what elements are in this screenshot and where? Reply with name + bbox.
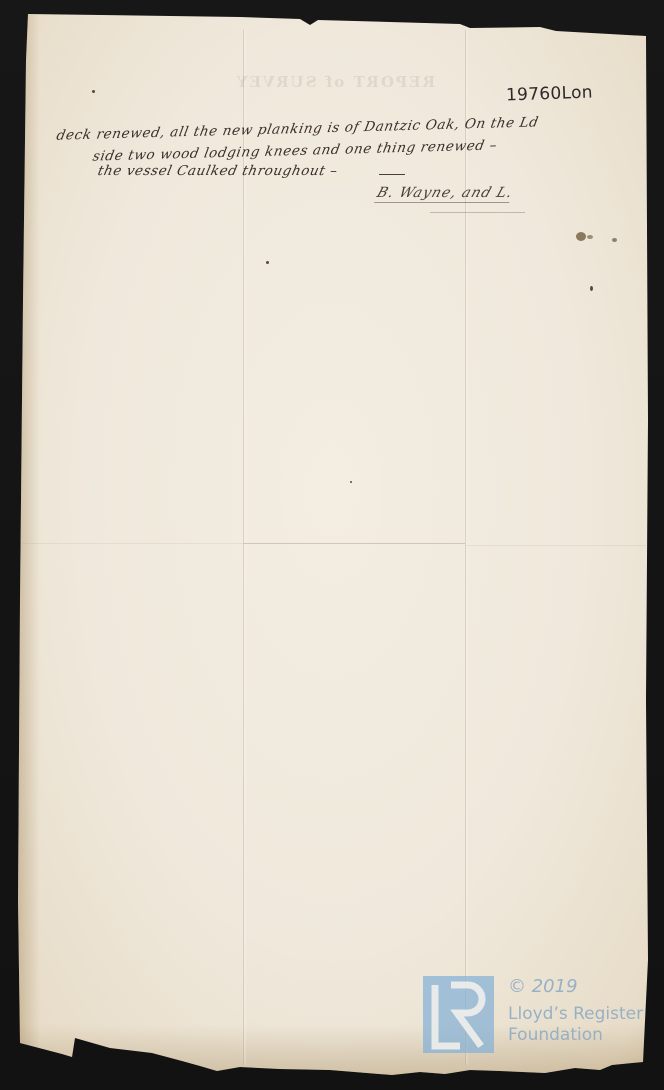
lloyds-register-watermark: © 2019 Lloyd’s Register Foundation: [423, 976, 663, 1056]
surveyor-signature: B. Wayne, and L.: [374, 185, 515, 203]
ink-speck: [266, 261, 269, 264]
reference-number: 19760Lon: [506, 82, 593, 105]
ink-stain: [576, 232, 586, 241]
organization-name: Lloyd’s Register Foundation: [508, 1004, 643, 1046]
handwritten-line-2: side two wood lodging knees and one thin…: [91, 137, 498, 164]
horizontal-fold-crease-right: [466, 545, 646, 546]
horizontal-fold-crease-center: [243, 543, 465, 544]
lr-logo-icon: [423, 976, 494, 1053]
document-sheet: REPORT of SURVEY 19760Lon deck renewed, …: [0, 0, 664, 1090]
ink-dash: [379, 174, 405, 175]
organization-line-2: Foundation: [508, 1025, 643, 1046]
copyright-text: © 2019: [508, 976, 578, 997]
handwritten-line-3: the vessel Caulked throughout –: [96, 163, 339, 179]
ink-stain: [587, 235, 593, 239]
ink-stain: [612, 238, 617, 242]
vertical-fold-crease-left: [243, 30, 244, 1065]
ink-speck: [92, 90, 95, 93]
ink-speck: [590, 286, 593, 291]
organization-line-1: Lloyd’s Register: [508, 1004, 643, 1025]
horizontal-fold-crease-left: [22, 543, 242, 544]
bleed-through-heading: REPORT of SURVEY: [235, 73, 435, 91]
signature-underline: [430, 212, 525, 213]
ink-speck: [350, 481, 352, 483]
